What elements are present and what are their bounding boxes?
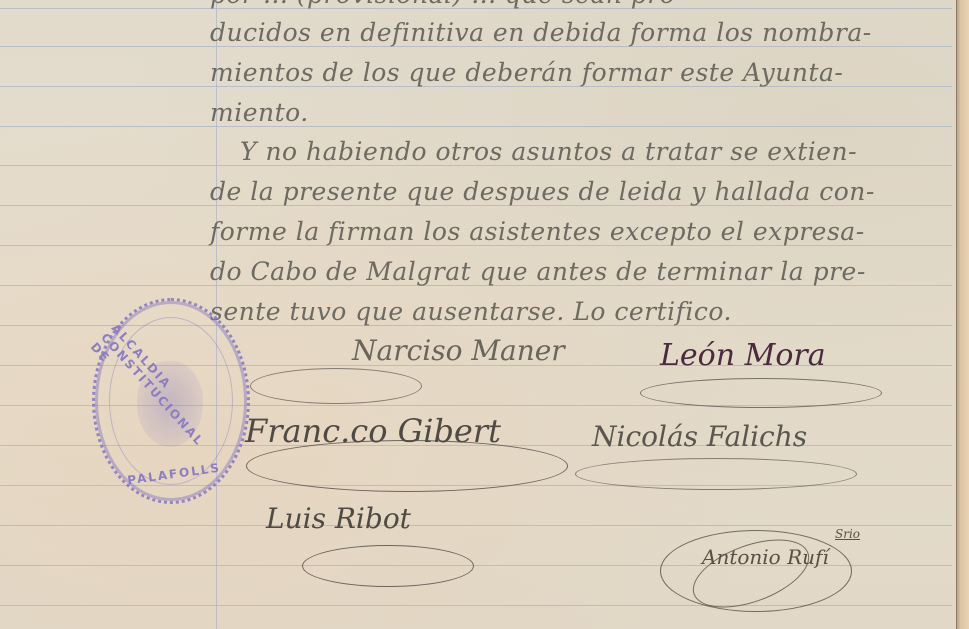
ruled-line bbox=[0, 605, 952, 606]
text-line: miento. bbox=[210, 98, 309, 127]
signature-nicolas-falichs: Nicolás Falichs bbox=[592, 420, 807, 453]
text-line: ducidos en definitiva en debida forma lo… bbox=[210, 18, 872, 47]
signature-flourish bbox=[575, 458, 857, 490]
ruled-line bbox=[0, 525, 952, 526]
document-page: por ... (provisional) ... que sean pro- … bbox=[0, 0, 969, 629]
text-line: de la presente que despues de leida y ha… bbox=[210, 177, 875, 206]
text-line: do Cabo de Malgrat que antes de terminar… bbox=[210, 257, 866, 286]
signature-flourish bbox=[302, 545, 474, 587]
signature-flourish bbox=[246, 440, 568, 492]
signature-leon-mora: León Mora bbox=[660, 338, 826, 373]
text-line: mientos de los que deberán formar este A… bbox=[210, 58, 843, 87]
ruled-line bbox=[0, 126, 952, 127]
text-line: por ... (provisional) ... que sean pro- bbox=[210, 0, 684, 9]
text-line: forme la firman los asistentes excepto e… bbox=[210, 217, 865, 246]
page-edge-binding bbox=[956, 0, 969, 629]
signature-narciso-maner: Narciso Maner bbox=[352, 334, 565, 367]
signature-flourish bbox=[640, 378, 882, 408]
signature-annotation-srio: Srio bbox=[835, 527, 860, 541]
signature-luis-ribot: Luis Ribot bbox=[266, 502, 411, 535]
text-line: Y no habiendo otros asuntos a tratar se … bbox=[240, 137, 857, 166]
official-stamp: ALCALDIA CONSTITUCIONAL DE PALAFOLLS bbox=[92, 298, 250, 504]
signature-flourish bbox=[250, 368, 422, 404]
text-line: sente tuvo que ausentarse. Lo certifico. bbox=[210, 297, 732, 326]
